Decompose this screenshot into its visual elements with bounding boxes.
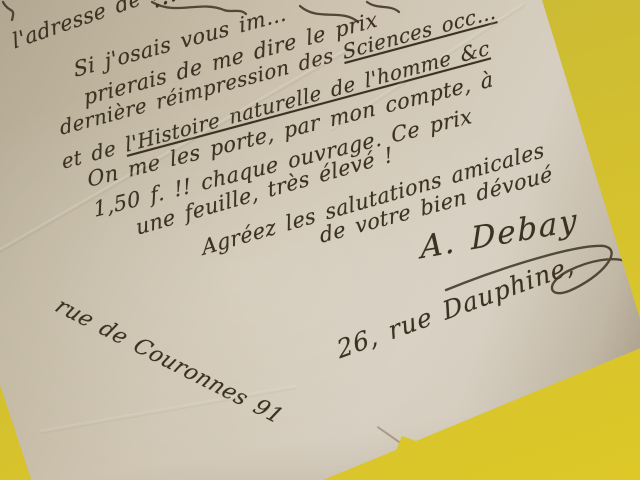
photo-letter-on-table: … l'adresse de … Si j'osais vous im… pri… xyxy=(0,0,640,480)
address-line: 26, rue Dauphine, xyxy=(334,250,577,364)
